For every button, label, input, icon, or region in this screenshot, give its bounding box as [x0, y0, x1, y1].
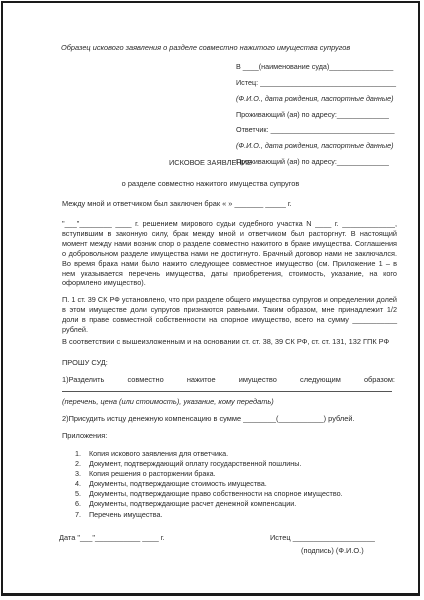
defendant-details-hint: (Ф.И.О., дата рождения, паспортные данны…	[236, 141, 394, 151]
divorce-paragraph: "___"________ ____ г. решением мирового …	[62, 219, 397, 288]
marriage-paragraph: Между мной и ответчиком был заключен бра…	[62, 199, 292, 209]
document-page: Образец искового заявления о разделе сов…	[1, 1, 420, 596]
request-1-word: 1)Разделить	[62, 375, 104, 385]
request-1-word: нажитое	[187, 375, 216, 385]
attachment-item: 2.Документ, подтверждающий оплату госуда…	[75, 459, 343, 469]
attachment-item: 4.Документы, подтверждающие стоимость им…	[75, 479, 343, 489]
date-line: Дата "___"___________ ____ г.	[59, 533, 165, 543]
request-1-word: совместно	[128, 375, 164, 385]
request-1-word: следующим	[300, 375, 341, 385]
attachments-heading: Приложения:	[62, 431, 107, 441]
defendant-line: Ответчик: ______________________________…	[236, 125, 395, 135]
attachment-item: 6.Документы, подтверждающие расчет денеж…	[75, 499, 343, 509]
request-1-word: имущество	[239, 375, 277, 385]
attachment-item: 1.Копия искового заявления для ответчика…	[75, 449, 343, 459]
court-name-line: В ____(наименование суда)_______________…	[236, 62, 393, 72]
law-paragraph: П. 1 ст. 39 СК РФ установлено, что при р…	[62, 295, 397, 335]
document-subtitle: о разделе совместно нажитого имущества с…	[3, 179, 418, 189]
attachments-list: 1.Копия искового заявления для ответчика…	[75, 449, 343, 520]
attachment-item: 5.Документы, подтверждающие право собств…	[75, 489, 343, 499]
basis-paragraph: В соответствии с вышеизложенным и на осн…	[62, 337, 389, 347]
request-1-word: образом:	[364, 375, 395, 385]
attachment-item: 3.Копия решения о расторжении брака.	[75, 469, 343, 479]
header-note: Образец искового заявления о разделе сов…	[61, 43, 350, 52]
request-heading: ПРОШУ СУД:	[62, 358, 108, 368]
request-1-blank-line	[62, 390, 392, 392]
document-title-visible: ИСКОВОЕ ЗАЯВЛЕНИЕ	[3, 158, 418, 168]
signature-note: (подпись) (Ф.И.О.)	[301, 546, 364, 556]
request-1-line: 1)Разделить совместно нажитое имущество …	[62, 375, 395, 385]
plaintiff-address-line: Проживающий (ая) по адресу:_____________	[236, 110, 389, 120]
attachment-item: 7.Перечень имущества.	[75, 510, 343, 520]
plaintiff-details-hint: (Ф.И.О., дата рождения, паспортные данны…	[236, 94, 394, 104]
request-1-note: (перечень, цена (или стоимость), указани…	[62, 397, 274, 407]
request-2: 2)Присудить истцу денежную компенсацию в…	[62, 414, 355, 424]
plaintiff-signature-line: Истец ____________________	[270, 533, 375, 543]
plaintiff-line: Истец: _________________________________…	[236, 78, 396, 88]
